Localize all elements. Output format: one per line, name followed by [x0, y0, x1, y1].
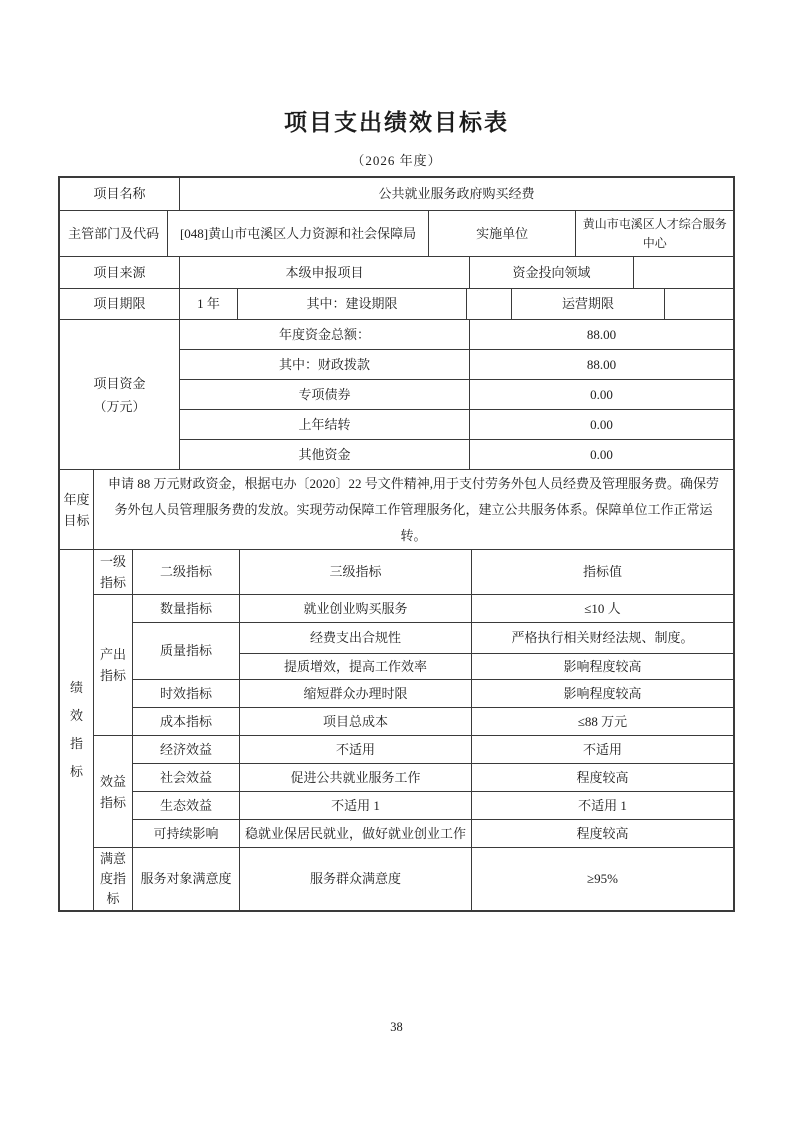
indicator-value: 影响程度较高	[472, 680, 733, 708]
indicator-row: 质量指标 经费支出合规性 严格执行相关财经法规、制度。 提质增效，提高工作效率 …	[133, 623, 733, 680]
indicator-group: 产出指标 数量指标 就业创业购买服务 ≤10 人 质量指标 经费支	[94, 595, 733, 736]
indicator-row: 可持续影响 稳就业保居民就业，做好就业创业工作 程度较高	[133, 820, 733, 848]
page-number: 38	[0, 1020, 793, 1035]
indicator-value: 程度较高	[472, 820, 733, 848]
indicator-row: 生态效益 不适用 1 不适用 1	[133, 792, 733, 820]
indicator-value: 严格执行相关财经法规、制度。	[472, 623, 733, 654]
build-period-value	[467, 289, 512, 320]
indicator-level2: 成本指标	[133, 708, 240, 736]
page-subtitle: （2026 年度）	[0, 150, 793, 169]
fund-row-value: 0.00	[470, 440, 733, 470]
table-row: 项目名称 公共就业服务政府购买经费	[60, 178, 733, 211]
annual-goal-text: 申请 88 万元财政资金，根据屯办〔2020〕22 号文件精神,用于支付劳务外包…	[94, 470, 733, 550]
funds-label-line2: （万元）	[93, 395, 145, 418]
indicator-value: ≤88 万元	[472, 708, 733, 736]
dept-label: 主管部门及代码	[60, 211, 168, 257]
fund-row: 年度资金总额： 88.00	[180, 320, 733, 350]
performance-target-table: 项目名称 公共就业服务政府购买经费 主管部门及代码 [048]黄山市屯溪区人力资…	[58, 176, 735, 912]
indicator-level2: 生态效益	[133, 792, 240, 820]
indicator-row: 成本指标 项目总成本 ≤88 万元	[133, 708, 733, 736]
source-label: 项目来源	[60, 257, 180, 289]
fund-row-label: 上年结转	[180, 410, 470, 440]
project-name-label: 项目名称	[60, 178, 180, 211]
indicator-group: 满意度指标 服务对象满意度 服务群众满意度 ≥95%	[94, 848, 733, 910]
impl-unit-value: 黄山市屯溪区人才综合服务中心	[576, 211, 733, 257]
table-row: 主管部门及代码 [048]黄山市屯溪区人力资源和社会保障局 实施单位 黄山市屯溪…	[60, 211, 733, 257]
fund-row: 上年结转 0.00	[180, 410, 733, 440]
funds-section: 项目资金 （万元） 年度资金总额： 88.00 其中：财政拨款 88.00 专项…	[60, 320, 733, 470]
table-row: 项目期限 1 年 其中：建设期限 运营期限	[60, 289, 733, 320]
period-value: 1 年	[180, 289, 238, 320]
dept-value: [048]黄山市屯溪区人力资源和社会保障局	[168, 211, 429, 257]
header-level1: 一级指标	[94, 550, 133, 595]
indicator-name: 稳就业保居民就业，做好就业创业工作	[240, 820, 472, 848]
indicator-value: 程度较高	[472, 764, 733, 792]
funds-label: 项目资金 （万元）	[60, 320, 180, 470]
indicator-level2: 社会效益	[133, 764, 240, 792]
fund-row-value: 88.00	[470, 320, 733, 350]
period-label: 项目期限	[60, 289, 180, 320]
indicator-level2: 服务对象满意度	[133, 848, 240, 910]
indicator-name: 经费支出合规性	[240, 623, 472, 654]
fund-row-value: 0.00	[470, 380, 733, 410]
funds-label-line1: 项目资金	[93, 372, 145, 395]
invest-field-label: 资金投向领域	[470, 257, 634, 289]
indicator-level1: 效益指标	[94, 736, 133, 848]
annual-goal-section: 年度目标 申请 88 万元财政资金，根据屯办〔2020〕22 号文件精神,用于支…	[60, 470, 733, 550]
indicator-value: 不适用 1	[472, 792, 733, 820]
build-period-label: 其中：建设期限	[238, 289, 467, 320]
indicator-name: 促进公共就业服务工作	[240, 764, 472, 792]
annual-goal-label: 年度目标	[60, 470, 94, 550]
indicator-name: 项目总成本	[240, 708, 472, 736]
indicator-value: 影响程度较高	[472, 654, 733, 680]
operate-period-value	[665, 289, 733, 320]
indicators-section-label: 绩效指标	[60, 550, 94, 910]
invest-field-value	[634, 257, 733, 289]
indicator-value: ≥95%	[472, 848, 733, 910]
header-level3: 三级指标	[240, 550, 472, 595]
indicators-header-row: 一级指标 二级指标 三级指标 指标值	[94, 550, 733, 595]
fund-row-label: 其他资金	[180, 440, 470, 470]
fund-row: 其中：财政拨款 88.00	[180, 350, 733, 380]
indicator-name: 缩短群众办理时限	[240, 680, 472, 708]
indicator-name: 提质增效，提高工作效率	[240, 654, 472, 680]
indicator-subrow: 经费支出合规性 严格执行相关财经法规、制度。	[240, 623, 733, 654]
indicator-subrow: 提质增效，提高工作效率 影响程度较高	[240, 654, 733, 680]
source-value: 本级申报项目	[180, 257, 470, 289]
indicator-name: 服务群众满意度	[240, 848, 472, 910]
fund-row: 其他资金 0.00	[180, 440, 733, 470]
indicator-row: 数量指标 就业创业购买服务 ≤10 人	[133, 595, 733, 623]
project-name-value: 公共就业服务政府购买经费	[180, 178, 733, 211]
indicator-row: 经济效益 不适用 不适用	[133, 736, 733, 764]
header-level2: 二级指标	[133, 550, 240, 595]
operate-period-label: 运营期限	[512, 289, 665, 320]
indicator-level2: 经济效益	[133, 736, 240, 764]
indicator-row: 时效指标 缩短群众办理时限 影响程度较高	[133, 680, 733, 708]
indicator-level2: 质量指标	[133, 623, 240, 680]
indicator-value: ≤10 人	[472, 595, 733, 623]
fund-row-value: 0.00	[470, 410, 733, 440]
indicator-level2: 数量指标	[133, 595, 240, 623]
indicator-name: 不适用	[240, 736, 472, 764]
indicator-value: 不适用	[472, 736, 733, 764]
table-row: 项目来源 本级申报项目 资金投向领域	[60, 257, 733, 289]
document-page: 项目支出绩效目标表 （2026 年度） 项目名称 公共就业服务政府购买经费 主管…	[0, 0, 793, 1122]
indicator-level2: 时效指标	[133, 680, 240, 708]
indicator-group: 效益指标 经济效益 不适用 不适用 社会效益 促进公共就业服务工作 程度较高	[94, 736, 733, 848]
page-title: 项目支出绩效目标表	[0, 106, 793, 138]
fund-row: 专项债券 0.00	[180, 380, 733, 410]
indicator-level2: 可持续影响	[133, 820, 240, 848]
fund-row-label: 其中：财政拨款	[180, 350, 470, 380]
fund-row-value: 88.00	[470, 350, 733, 380]
indicator-row: 社会效益 促进公共就业服务工作 程度较高	[133, 764, 733, 792]
indicators-section: 绩效指标 一级指标 二级指标 三级指标 指标值 产出指标	[60, 550, 733, 910]
fund-row-label: 年度资金总额：	[180, 320, 470, 350]
indicator-level1: 产出指标	[94, 595, 133, 736]
indicator-level1: 满意度指标	[94, 848, 133, 910]
header-value: 指标值	[472, 550, 733, 595]
fund-row-label: 专项债券	[180, 380, 470, 410]
indicator-name: 就业创业购买服务	[240, 595, 472, 623]
impl-unit-label: 实施单位	[429, 211, 577, 257]
indicator-name: 不适用 1	[240, 792, 472, 820]
